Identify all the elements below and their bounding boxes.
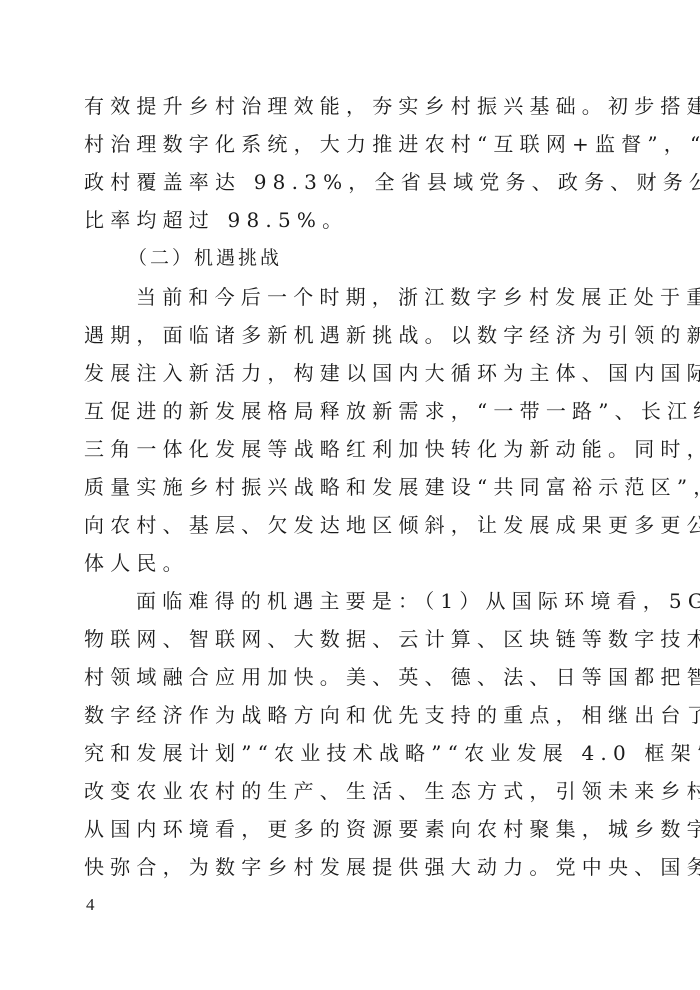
paragraph-line: 政村覆盖率达 98.3%，全省县域党务、政务、财务公开的行政村占 bbox=[84, 167, 624, 197]
paragraph-line: 互促进的新发展格局释放新需求，“一带一路”、长江经济带、长 bbox=[84, 396, 624, 426]
paragraph-line: 快弥合，为数字乡村发展提供强大动力。党中央、国务院高度重 bbox=[84, 852, 624, 882]
paragraph-line: 物联网、智联网、大数据、云计算、区块链等数字技术在农业农 bbox=[84, 624, 624, 654]
paragraph-line: 有效提升乡村治理效能，夯实乡村振兴基础。初步搭建了省级乡 bbox=[84, 91, 624, 121]
page-number: 4 bbox=[86, 892, 95, 918]
paragraph-line: 面临难得的机遇主要是：（1）从国际环境看，5G、卫星遥感、 bbox=[136, 586, 676, 616]
paragraph-line: 村治理数字化系统，大力推进农村“互联网+监督”，“雪亮工程”行 bbox=[84, 129, 624, 159]
paragraph-line: 比率均超过 98.5%。 bbox=[84, 205, 624, 235]
paragraph-line: 发展注入新活力，构建以国内大循环为主体、国内国际双循环相 bbox=[84, 358, 624, 388]
paragraph-line: 村领域融合应用加快。美、英、德、法、日等国都把智慧农业、 bbox=[84, 662, 624, 692]
paragraph-line: 质量实施乡村振兴战略和发展建设“共同富裕示范区”，更加注重 bbox=[84, 472, 624, 502]
paragraph-line: 向农村、基层、欠发达地区倾斜，让发展成果更多更公平惠及全 bbox=[84, 510, 624, 540]
paragraph-line: 数字经济作为战略方向和优先支持的重点，相继出台了“大数据研 bbox=[84, 700, 624, 730]
paragraph-line: 遇期，面临诸多新机遇新挑战。以数字经济为引领的新经济快速 bbox=[84, 320, 624, 350]
document-page: 有效提升乡村治理效能，夯实乡村振兴基础。初步搭建了省级乡 村治理数字化系统，大力… bbox=[0, 0, 700, 990]
paragraph-line: 从国内环境看，更多的资源要素向农村聚集，城乡数字鸿沟将加 bbox=[84, 814, 624, 844]
paragraph-line: 体人民。 bbox=[84, 548, 624, 578]
paragraph-line: 究和发展计划”“农业技术战略”“农业发展 4.0 框架”等战略，加速 bbox=[84, 738, 624, 768]
paragraph-line: 改变农业农村的生产、生活、生态方式，引领未来乡村发展。（2） bbox=[84, 776, 624, 806]
paragraph-line: 三角一体化发展等战略红利加快转化为新动能。同时，浙江将高 bbox=[84, 434, 624, 464]
paragraph-line: 当前和今后一个时期，浙江数字乡村发展正处于重要战略机 bbox=[136, 282, 676, 312]
section-heading: （二）机遇挑战 bbox=[128, 243, 668, 273]
